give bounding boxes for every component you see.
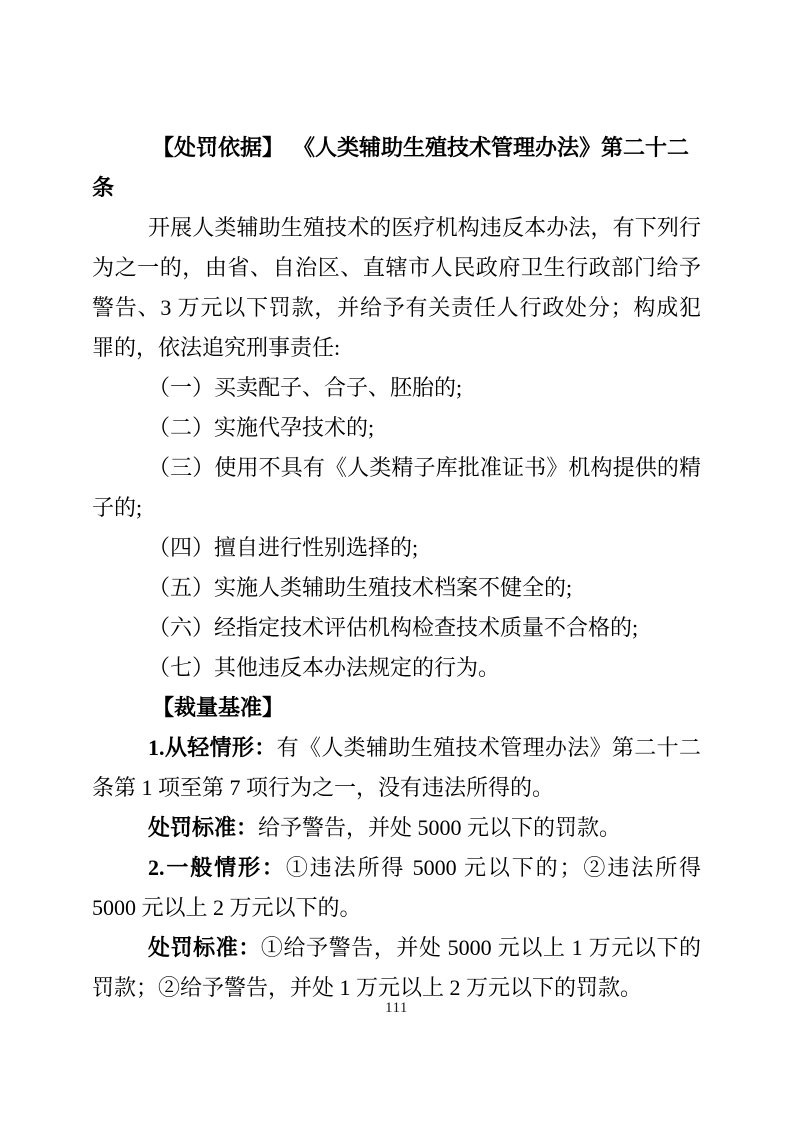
- list-item-1: （一）买卖配子、合子、胚胎的;: [92, 368, 701, 408]
- penalty-basis-bracket-label: 【处罚依据】: [152, 135, 284, 160]
- section-heading-penalty-basis: 【处罚依据】《人类辅助生殖技术管理办法》第二十二条: [92, 128, 701, 208]
- clause-label: 处罚标准：: [148, 815, 258, 840]
- clause-label: 处罚标准：: [148, 935, 261, 960]
- clause-penalty-standard-2: 处罚标准：①给予警告，并处 5000 元以上 1 万元以下的罚款；②给予警告，并…: [92, 928, 701, 1008]
- clause-text: 给予警告，并处 5000 元以下的罚款。: [258, 815, 621, 840]
- section-heading-discretion-basis: 【裁量基准】: [92, 688, 701, 728]
- page-number: 111: [0, 997, 793, 1019]
- list-item-7: （七）其他违反本办法规定的行为。: [92, 648, 701, 688]
- clause-label: 2.一般情形：: [148, 855, 286, 880]
- intro-paragraph: 开展人类辅助生殖技术的医疗机构违反本办法，有下列行为之一的，由省、自治区、直辖市…: [92, 208, 701, 368]
- list-item-5: （五）实施人类辅助生殖技术档案不健全的;: [92, 568, 701, 608]
- clause-label: 1.从轻情形：: [148, 735, 277, 760]
- clause-general-circumstance: 2.一般情形：①违法所得 5000 元以下的；②违法所得 5000 元以上 2 …: [92, 848, 701, 928]
- list-item-2: （二）实施代孕技术的;: [92, 408, 701, 448]
- clause-penalty-standard-1: 处罚标准：给予警告，并处 5000 元以下的罚款。: [92, 808, 701, 848]
- list-item-3: （三）使用不具有《人类精子库批准证书》机构提供的精子的;: [92, 448, 701, 528]
- document-body: 【处罚依据】《人类辅助生殖技术管理办法》第二十二条 开展人类辅助生殖技术的医疗机…: [92, 128, 701, 1008]
- list-item-6: （六）经指定技术评估机构检查技术质量不合格的;: [92, 608, 701, 648]
- clause-mitigating-circumstance: 1.从轻情形：有《人类辅助生殖技术管理办法》第二十二条第 1 项至第 7 项行为…: [92, 728, 701, 808]
- list-item-4: （四）擅自进行性别选择的;: [92, 528, 701, 568]
- document-page: 【处罚依据】《人类辅助生殖技术管理办法》第二十二条 开展人类辅助生殖技术的医疗机…: [0, 0, 793, 1122]
